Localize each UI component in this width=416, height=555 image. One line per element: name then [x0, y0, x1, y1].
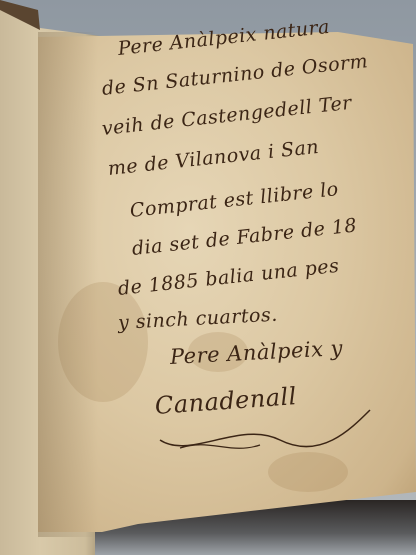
signature-flourish: [150, 400, 380, 460]
book-gutter: [38, 32, 98, 537]
